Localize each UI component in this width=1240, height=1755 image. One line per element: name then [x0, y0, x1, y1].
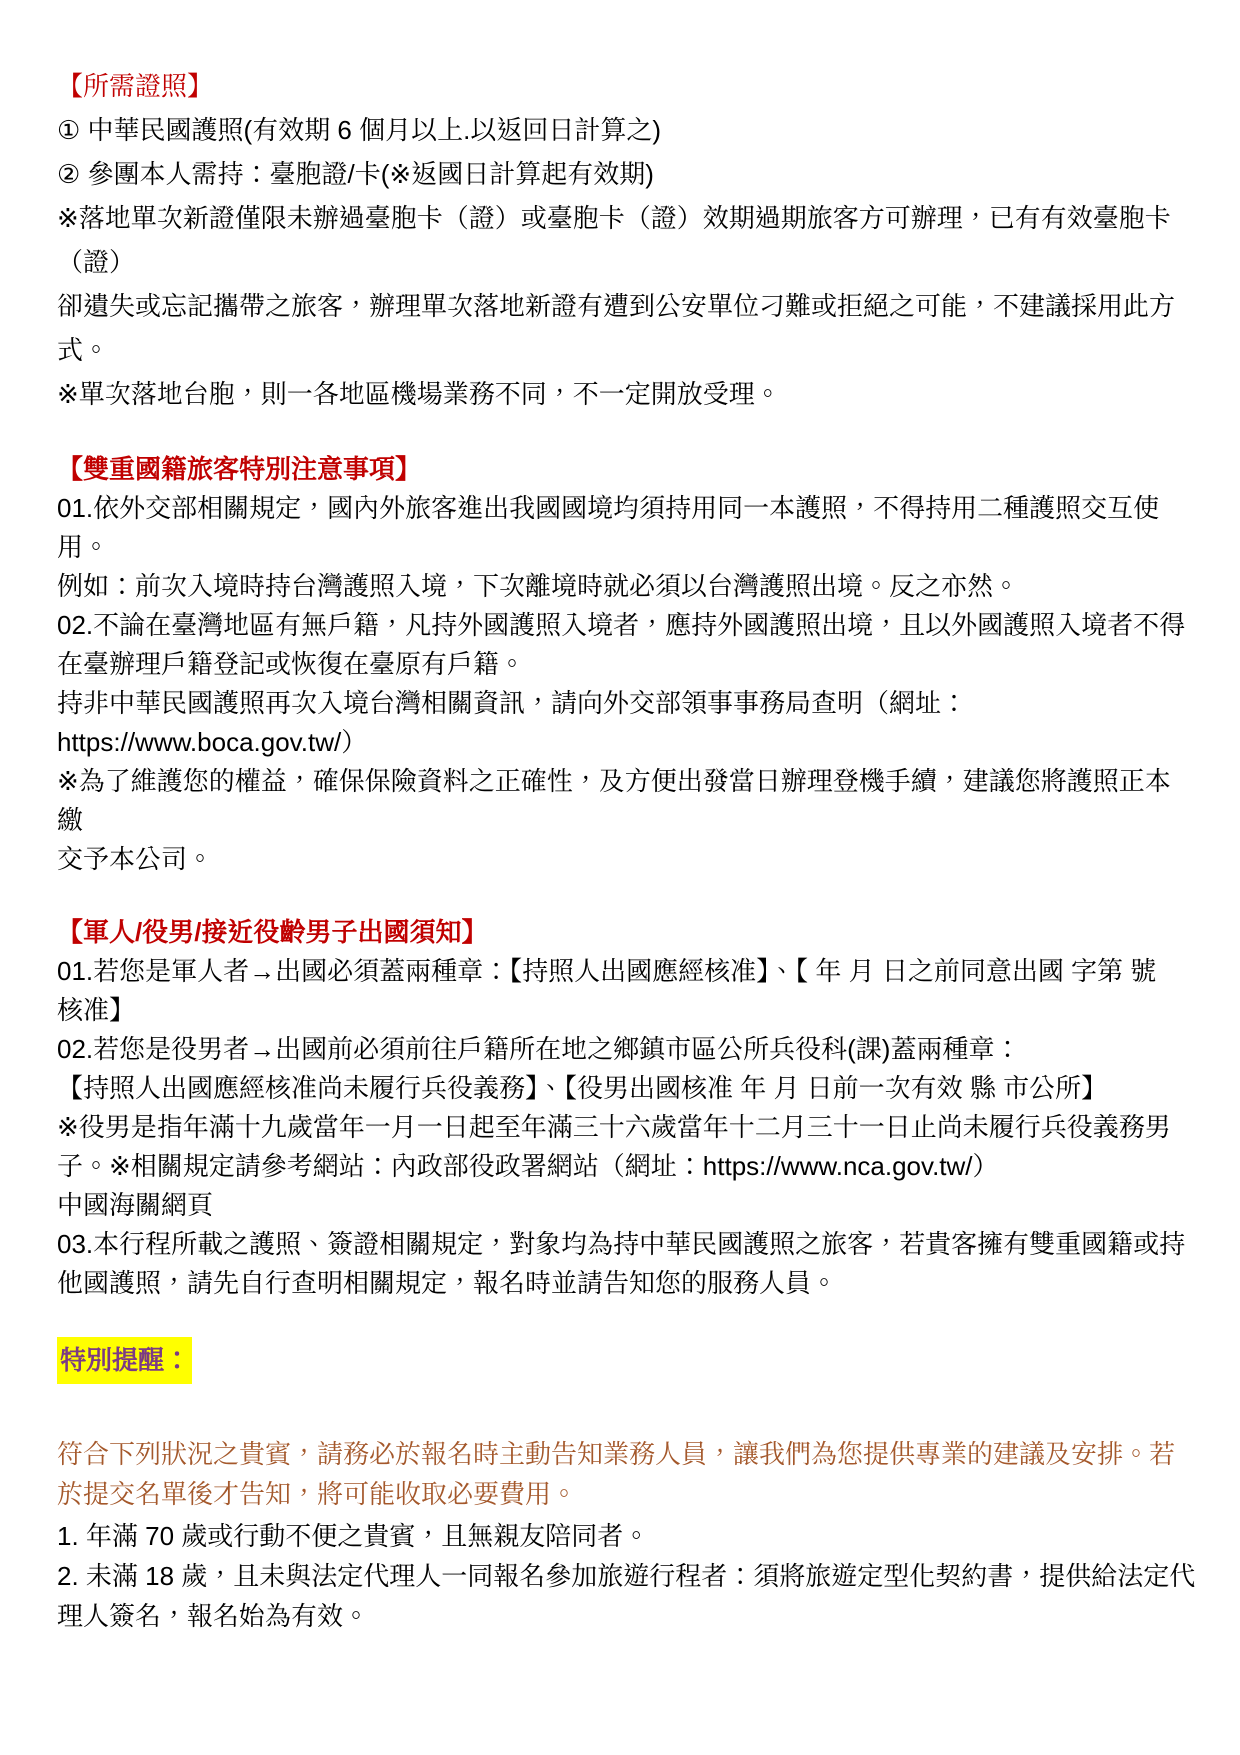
text-line: 中國海關網頁 [57, 1186, 1190, 1225]
special-reminder-items: 1. 年滿 70 歲或行動不便之貴賓，且無親友陪同者。 2. 未滿 18 歲，且… [57, 1516, 1190, 1636]
text-line: 於提交名單後才告知，將可能收取必要費用。 [57, 1474, 1190, 1514]
section-dual-nationality: 【雙重國籍旅客特別注意事項】 01.依外交部相關規定，國內外旅客進出我國國境均須… [57, 450, 1190, 879]
section-military-service: 【軍人/役男/接近役齡男子出國須知】 01.若您是軍人者→出國必須蓋兩種章：【持… [57, 913, 1190, 1303]
nca-url-text: 子。※相關規定請參考網站：內政部役政署網站（網址：https://www.nca… [57, 1147, 1190, 1186]
text-line: 用。 [57, 528, 1190, 567]
text-line: 01.若您是軍人者→出國必須蓋兩種章：【持照人出國應經核准】、【 年 月 日之前… [57, 952, 1190, 991]
travel-notice-document: 【所需證照】 ① 中華民國護照(有效期 6 個月以上.以返回日計算之) ② 參團… [0, 0, 1240, 1636]
text-line: 02.若您是役男者→出國前必須前往戶籍所在地之鄉鎮市區公所兵役科(課)蓋兩種章： [57, 1030, 1190, 1069]
text-line: 核准】 [57, 991, 1190, 1030]
text-line: 符合下列狀況之貴賓，請務必於報名時主動告知業務人員，讓我們為您提供專業的建議及安… [57, 1434, 1190, 1474]
section-heading-military-service: 【軍人/役男/接近役齡男子出國須知】 [57, 913, 1190, 952]
special-reminder-label: 特別提醒： [57, 1337, 192, 1384]
text-line: ※役男是指年滿十九歲當年一月一日起至年滿三十六歲當年十二月三十一日止尚未履行兵役… [57, 1108, 1190, 1147]
section-heading-dual-nationality: 【雙重國籍旅客特別注意事項】 [57, 450, 1190, 489]
text-line: 例如：前次入境時持台灣護照入境，下次離境時就必須以台灣護照出境。反之亦然。 [57, 567, 1190, 606]
section-special-reminder: 特別提醒： 符合下列狀況之貴賓，請務必於報名時主動告知業務人員，讓我們為您提供專… [57, 1337, 1190, 1636]
text-line: ※為了維護您的權益，確保保險資料之正確性，及方便出發當日辦理登機手續，建議您將護… [57, 762, 1190, 801]
text-line: （證） [57, 240, 1190, 284]
list-item: 2. 未滿 18 歲，且未與法定代理人一同報名參加旅遊行程者：須將旅遊定型化契約… [57, 1556, 1190, 1596]
boca-url-text: https://www.boca.gov.tw/） [57, 723, 1190, 762]
section-heading-required-documents: 【所需證照】 [57, 64, 1190, 108]
text-line: ① 中華民國護照(有效期 6 個月以上.以返回日計算之) [57, 108, 1190, 152]
text-line: 【持照人出國應經核准尚未履行兵役義務】、【役男出國核准 年 月 日前一次有效 縣… [57, 1069, 1190, 1108]
text-line: ② 參團本人需持：臺胞證/卡(※返國日計算起有效期) [57, 152, 1190, 196]
text-line: ※單次落地台胞，則一各地區機場業務不同，不一定開放受理。 [57, 372, 1190, 416]
text-line: 01.依外交部相關規定，國內外旅客進出我國國境均須持用同一本護照，不得持用二種護… [57, 489, 1190, 528]
document-page: { "colors": { "heading-red": "#C00000", … [0, 0, 1240, 1755]
text-line: 交予本公司。 [57, 840, 1190, 879]
text-line: 繳 [57, 801, 1190, 840]
special-reminder-row: 特別提醒： [57, 1337, 1190, 1384]
text-line: 式。 [57, 328, 1190, 372]
text-line: 卻遺失或忘記攜帶之旅客，辦理單次落地新證有遭到公安單位刁難或拒絕之可能，不建議採… [57, 284, 1190, 328]
text-line: 持非中華民國護照再次入境台灣相關資訊，請向外交部領事事務局查明（網址： [57, 684, 1190, 723]
text-line: 02.不論在臺灣地區有無戶籍，凡持外國護照入境者，應持外國護照出境，且以外國護照… [57, 606, 1190, 645]
text-line: ※落地單次新證僅限未辦過臺胞卡（證）或臺胞卡（證）效期過期旅客方可辦理，已有有效… [57, 196, 1190, 240]
section-required-documents: 【所需證照】 ① 中華民國護照(有效期 6 個月以上.以返回日計算之) ② 參團… [57, 64, 1190, 416]
list-item: 理人簽名，報名始為有效。 [57, 1596, 1190, 1636]
text-line: 03.本行程所載之護照、簽證相關規定，對象均為持中華民國護照之旅客，若貴客擁有雙… [57, 1225, 1190, 1264]
text-line: 他國護照，請先自行查明相關規定，報名時並請告知您的服務人員。 [57, 1264, 1190, 1303]
text-line: 在臺辦理戶籍登記或恢復在臺原有戶籍。 [57, 645, 1190, 684]
list-item: 1. 年滿 70 歲或行動不便之貴賓，且無親友陪同者。 [57, 1516, 1190, 1556]
special-reminder-notice: 符合下列狀況之貴賓，請務必於報名時主動告知業務人員，讓我們為您提供專業的建議及安… [57, 1434, 1190, 1514]
